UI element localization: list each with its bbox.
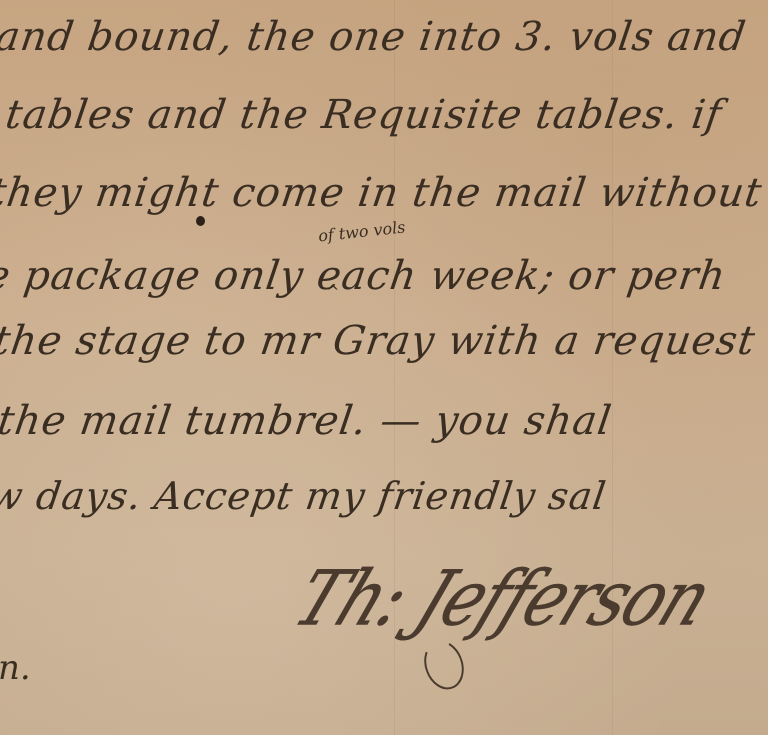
interlinear-insertion: of two vols: [317, 217, 406, 245]
text-line-7: w days. Accept my friendly sal: [0, 474, 609, 518]
text-line-1: and bound, the one into 3. vols and: [0, 14, 749, 60]
text-line-5: the stage to mr Gray with a request: [0, 318, 758, 364]
text-line-3: they might come in the mail without: [0, 170, 765, 216]
insertion-caret: ^: [326, 282, 339, 301]
manuscript-page: and bound, the one into 3. vols and tabl…: [0, 0, 768, 735]
ink-blot: [196, 216, 205, 226]
text-line-6: the mail tumbrel. — you shal: [0, 398, 615, 444]
text-line-4: e package only each week; or perh: [0, 253, 729, 299]
signature: Th: Jefferson: [282, 554, 723, 643]
text-line-2: tables and the Requisite tables. if: [3, 92, 725, 138]
signature-flourish: [418, 635, 471, 695]
closing-fragment: n.: [0, 648, 31, 688]
